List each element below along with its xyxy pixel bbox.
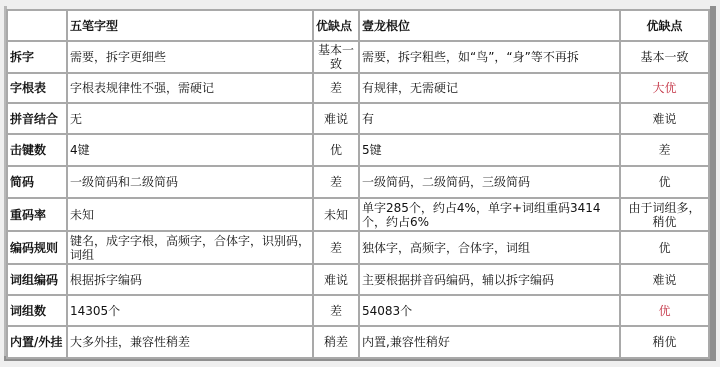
- table-row: 内置/外挂 大多外挂，兼容性稍差 稍差 内置,兼容性稍好 稍优: [7, 326, 709, 358]
- wubi-eval-cell: 差: [313, 166, 359, 198]
- yilong-cell: 独体字，高频字，合体字，词组: [359, 231, 620, 264]
- wubi-cell: 字根表规律性不强，需硬记: [67, 73, 313, 103]
- yilong-cell: 有规律，无需硬记: [359, 73, 620, 103]
- wubi-eval-cell: 难说: [313, 103, 359, 134]
- wubi-cell: 一级简码和二级简码: [67, 166, 313, 198]
- row-label: 拼音结合: [7, 103, 67, 134]
- yilong-cell: 需要，拆字粗些，如“鸟”，“身”等不再拆: [359, 41, 620, 73]
- yilong-eval-cell: 由于词组多，稍优: [620, 198, 709, 231]
- wubi-cell: 根据拆字编码: [67, 264, 313, 295]
- table-row: 重码率 未知 未知 单字285个，约占4%，单字+词组重码3414个，约占6% …: [7, 198, 709, 231]
- yilong-eval-cell: 优: [620, 231, 709, 264]
- table-row: 击键数 4键 优 5键 差: [7, 134, 709, 166]
- wubi-eval-cell: 难说: [313, 264, 359, 295]
- row-label: 编码规则: [7, 231, 67, 264]
- header-wubi: 五笔字型: [67, 10, 313, 41]
- table-row: 拼音结合 无 难说 有 难说: [7, 103, 709, 134]
- wubi-eval-cell: 未知: [313, 198, 359, 231]
- table-row: 简码 一级简码和二级简码 差 一级简码，二级简码，三级简码 优: [7, 166, 709, 198]
- corner-cell: [7, 10, 67, 41]
- yilong-cell: 5键: [359, 134, 620, 166]
- wubi-cell: 未知: [67, 198, 313, 231]
- wubi-eval-cell: 差: [313, 73, 359, 103]
- yilong-cell: 一级简码，二级简码，三级简码: [359, 166, 620, 198]
- yilong-eval-cell: 难说: [620, 264, 709, 295]
- header-yilong-eval: 优缺点: [620, 10, 709, 41]
- yilong-cell: 主要根据拼音码编码，辅以拆字编码: [359, 264, 620, 295]
- yilong-cell: 54083个: [359, 295, 620, 326]
- table-row: 字根表 字根表规律性不强，需硬记 差 有规律，无需硬记 大优: [7, 73, 709, 103]
- yilong-eval-cell: 稍优: [620, 326, 709, 358]
- row-label: 内置/外挂: [7, 326, 67, 358]
- frame-right-shadow: [710, 6, 716, 360]
- wubi-cell: 大多外挂，兼容性稍差: [67, 326, 313, 358]
- wubi-eval-cell: 基本一致: [313, 41, 359, 73]
- yilong-eval-cell-highlighted: 大优: [620, 73, 709, 103]
- yilong-eval-cell: 基本一致: [620, 41, 709, 73]
- wubi-cell: 14305个: [67, 295, 313, 326]
- row-label: 词组数: [7, 295, 67, 326]
- yilong-eval-cell: 优: [620, 166, 709, 198]
- yilong-cell: 内置,兼容性稍好: [359, 326, 620, 358]
- table-row: 编码规则 键名，成字字根，高频字，合体字，识别码，词组 差 独体字，高频字，合体…: [7, 231, 709, 264]
- row-label: 简码: [7, 166, 67, 198]
- row-label: 词组编码: [7, 264, 67, 295]
- header-row: 五笔字型 优缺点 壹龙根位 优缺点: [7, 10, 709, 41]
- wubi-cell: 无: [67, 103, 313, 134]
- wubi-eval-cell: 稍差: [313, 326, 359, 358]
- wubi-cell: 4键: [67, 134, 313, 166]
- row-label: 击键数: [7, 134, 67, 166]
- wubi-eval-cell: 差: [313, 295, 359, 326]
- comparison-table: 五笔字型 优缺点 壹龙根位 优缺点 拆字 需要，拆字更细些 基本一致 需要，拆字…: [6, 9, 710, 359]
- yilong-eval-cell-highlighted: 优: [620, 295, 709, 326]
- row-label: 字根表: [7, 73, 67, 103]
- yilong-cell: 单字285个，约占4%，单字+词组重码3414个，约占6%: [359, 198, 620, 231]
- row-label: 拆字: [7, 41, 67, 73]
- wubi-cell: 需要，拆字更细些: [67, 41, 313, 73]
- yilong-cell: 有: [359, 103, 620, 134]
- wubi-cell: 键名，成字字根，高频字，合体字，识别码，词组: [67, 231, 313, 264]
- yilong-eval-cell: 难说: [620, 103, 709, 134]
- wubi-eval-cell: 差: [313, 231, 359, 264]
- header-yilong: 壹龙根位: [359, 10, 620, 41]
- table-row: 词组数 14305个 差 54083个 优: [7, 295, 709, 326]
- row-label: 重码率: [7, 198, 67, 231]
- yilong-eval-cell: 差: [620, 134, 709, 166]
- table-row: 词组编码 根据拆字编码 难说 主要根据拼音码编码，辅以拆字编码 难说: [7, 264, 709, 295]
- header-wubi-eval: 优缺点: [313, 10, 359, 41]
- table-row: 拆字 需要，拆字更细些 基本一致 需要，拆字粗些，如“鸟”，“身”等不再拆 基本…: [7, 41, 709, 73]
- wubi-eval-cell: 优: [313, 134, 359, 166]
